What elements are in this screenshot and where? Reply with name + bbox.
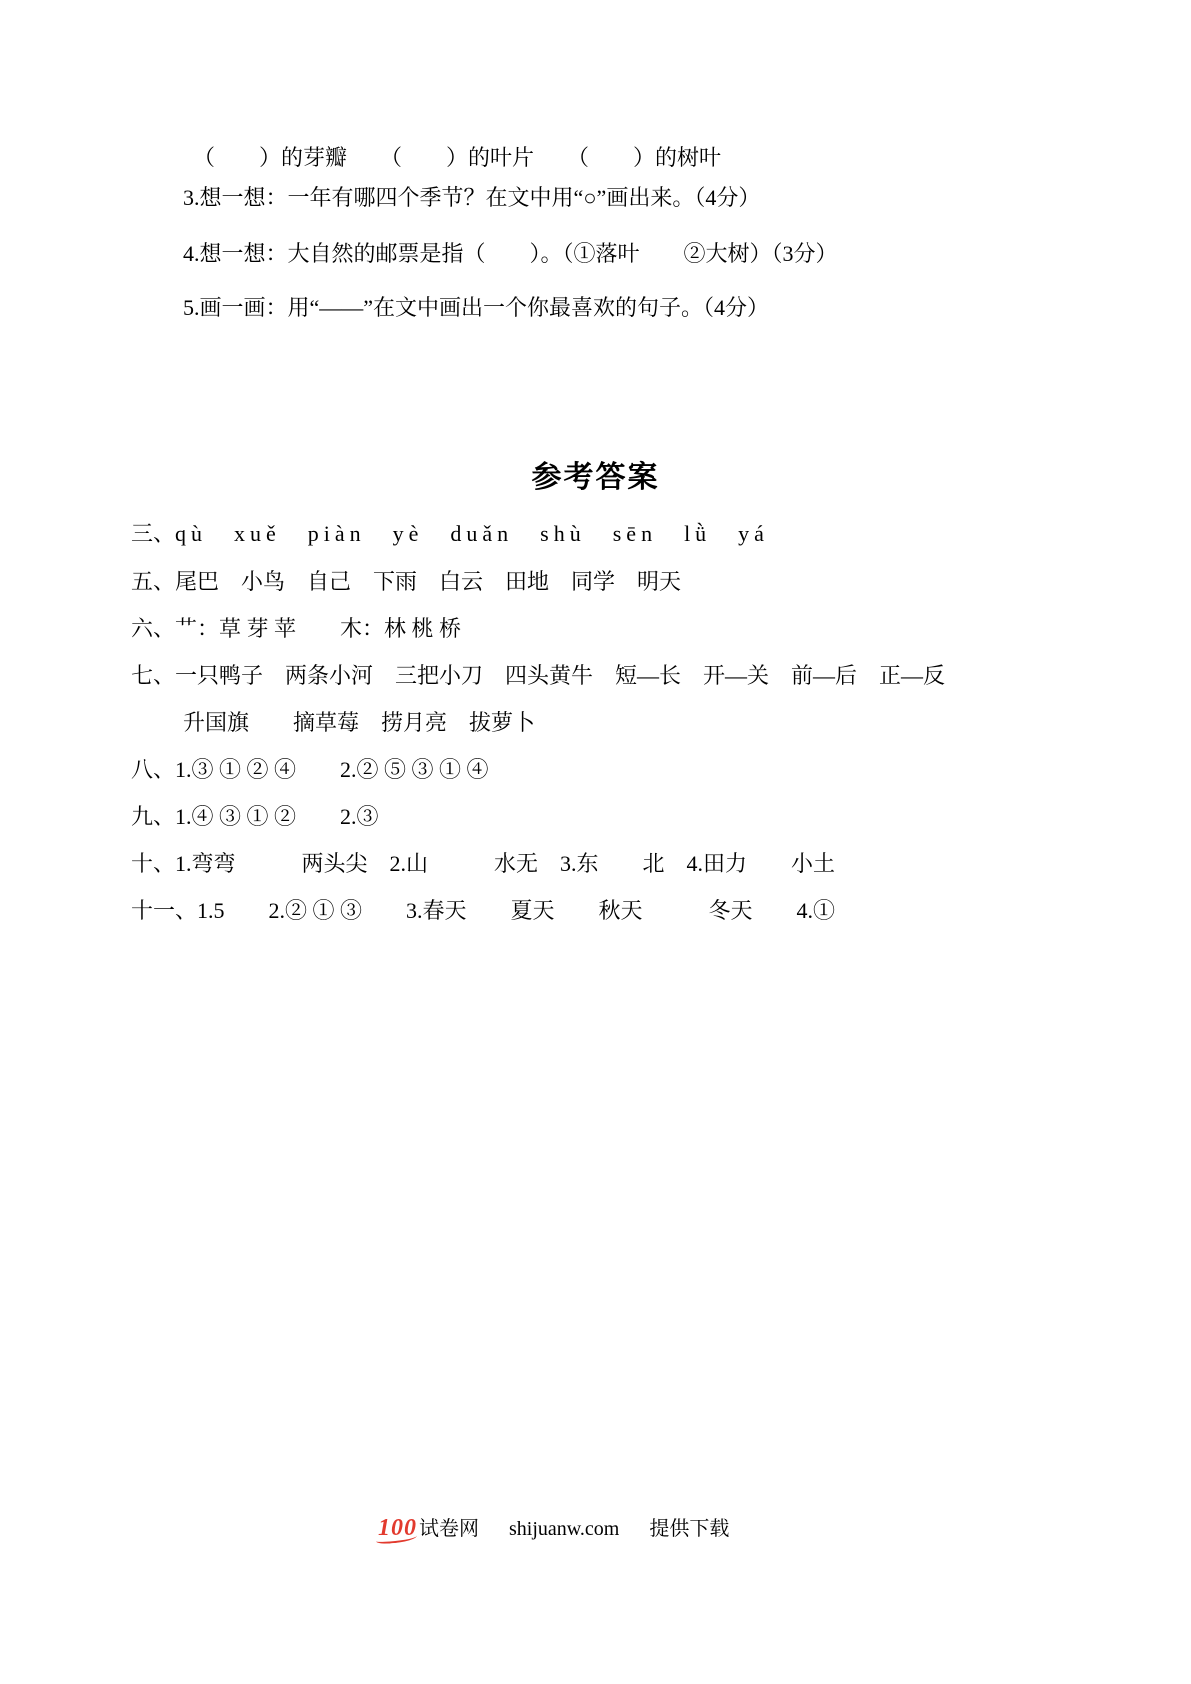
question-blank-fill-line: （ ）的芽瓣 （ ）的叶片 （ ）的树叶	[193, 144, 721, 172]
answer-line-pinyin-text: qù xuě piàn yè duǎn shù sēn lǜ yá	[175, 521, 769, 546]
answer-line-phrases-continued: 升国旗 摘草莓 捞月亮 拔萝卜	[183, 709, 535, 737]
answer-line-riddles-10: 十、1.弯弯 两头尖 2.山 水无 3.东 北 4.田力 小土	[131, 850, 835, 878]
answer-line-ordering-9: 九、1.④ ③ ① ② 2.③	[131, 803, 379, 831]
answer-line-radicals: 六、艹：草 芽 苹 木：林 桃 桥	[131, 615, 461, 643]
question-3-line: 3.想一想：一年有哪四个季节？在文中用“○”画出来。（4分）	[183, 184, 760, 212]
answer-line-reading-11: 十一、1.5 2.② ① ③ 3.春天 夏天 秋天 冬天 4.①	[131, 897, 835, 925]
footer-domain: shijuanw.com	[509, 1518, 619, 1541]
question-4-line: 4.想一想：大自然的邮票是指（ ）。（①落叶 ②大树）（3分）	[183, 240, 838, 268]
answers-heading: 参考答案	[0, 452, 1191, 496]
site-logo: 100试卷网	[378, 1512, 479, 1544]
page-footer: 100试卷网 shijuanw.com 提供下载	[378, 1512, 729, 1544]
footer-download-label: 提供下载	[649, 1512, 729, 1541]
answer-line-ordering-8: 八、1.③ ① ② ④ 2.② ⑤ ③ ① ④	[131, 756, 489, 784]
answer-line-words: 五、尾巴 小鸟 自己 下雨 白云 田地 同学 明天	[131, 568, 681, 596]
logo-site-name: 试卷网	[419, 1512, 479, 1541]
exam-paper-page: （ ）的芽瓣 （ ）的叶片 （ ）的树叶 3.想一想：一年有哪四个季节？在文中用…	[0, 0, 1191, 1684]
logo-100-icon: 100	[378, 1515, 419, 1544]
answer-line-phrases: 七、一只鸭子 两条小河 三把小刀 四头黄牛 短—长 开—关 前—后 正—反	[131, 662, 945, 690]
answer-line-pinyin: 三、qù xuě piàn yè duǎn shù sēn lǜ yá	[131, 520, 769, 548]
answer-line-pinyin-prefix: 三、	[131, 521, 175, 546]
question-5-line: 5.画一画：用“——”在文中画出一个你最喜欢的句子。（4分）	[183, 294, 769, 322]
